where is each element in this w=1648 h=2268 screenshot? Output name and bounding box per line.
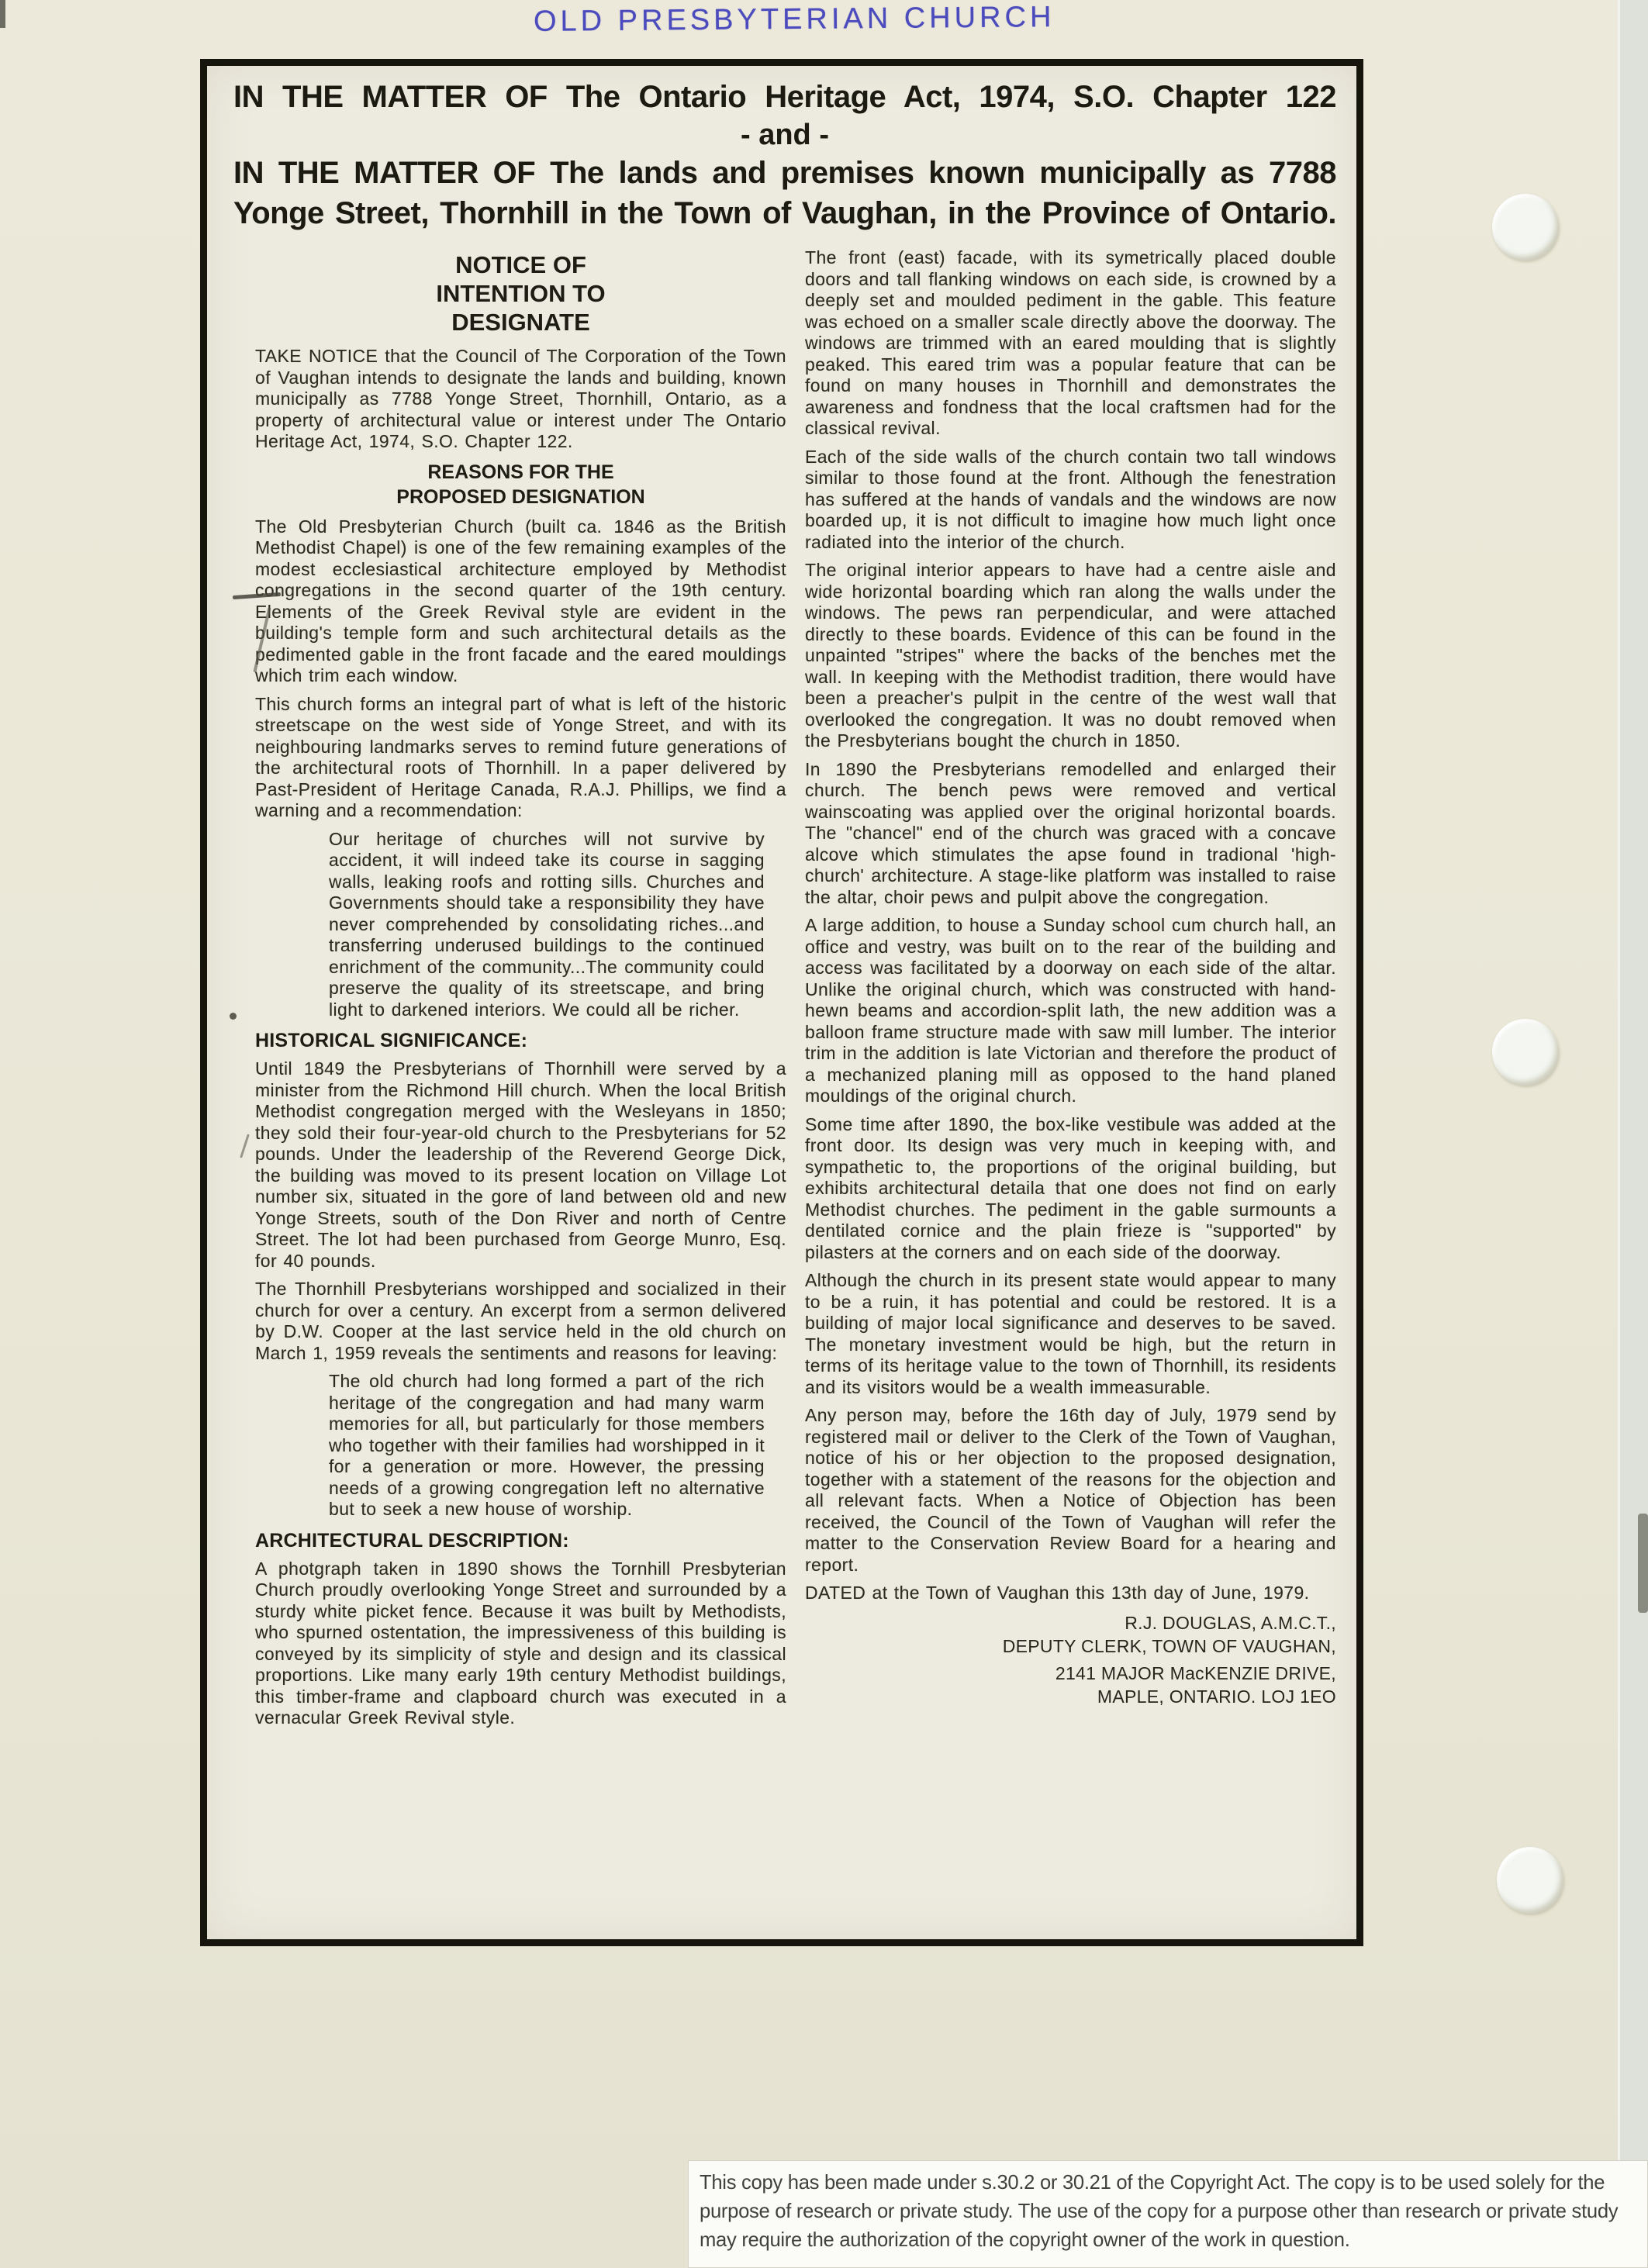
paragraph-dated: DATED at the Town of Vaughan this 13th d… [805,1583,1336,1604]
copyright-stamp-text: This copy has been made under s.30.2 or … [700,2168,1622,2254]
paragraph-until-1849: Until 1849 the Presbyterians of Thornhil… [255,1058,786,1272]
punch-hole-bottom [1497,1847,1563,1914]
header-and-separator: - and - [233,117,1336,153]
punch-hole-middle [1492,1019,1559,1086]
heading-notice-of-intention: NOTICE OF INTENTION TO DESIGNATE [255,250,786,337]
paragraph-objection-procedure: Any person may, before the 16th day of J… [805,1405,1336,1576]
handwritten-title: OLD PRESBYTERIAN CHURCH [534,1,1055,39]
paragraph-photograph-1890: A photgraph taken in 1890 shows the Torn… [255,1559,786,1729]
signature-address-line-1: 2141 MAJOR MacKENZIE DRIVE, [805,1662,1336,1685]
scan-edge-smudge [1638,1514,1648,1613]
header-matter-2-line-2: Yonge Street, Thornhill in the Town of V… [233,193,1336,233]
signature-address-line-2: MAPLE, ONTARIO. LOJ 1EO [805,1685,1336,1708]
scan-edge-strip [1618,0,1648,2268]
blockquote-heritage-warning: Our heritage of churches will not surviv… [329,829,765,1021]
paragraph-present-state: Although the church in its present state… [805,1270,1336,1398]
heading-architectural-description: ARCHITECTURAL DESCRIPTION: [255,1529,786,1552]
header-matter-1: IN THE MATTER OF The Ontario Heritage Ac… [233,77,1336,117]
pencil-mark-dot [230,1013,237,1020]
scan-corner-artifact [0,0,5,28]
signature-title: DEPUTY CLERK, TOWN OF VAUGHAN, [805,1635,1336,1658]
right-column: The front (east) facade, with its symetr… [805,247,1336,1736]
paragraph-large-addition: A large addition, to house a Sunday scho… [805,915,1336,1107]
notice-header: IN THE MATTER OF The Ontario Heritage Ac… [233,77,1336,233]
paragraph-vestibule: Some time after 1890, the box-like vesti… [805,1114,1336,1264]
punch-hole-top [1492,194,1559,261]
paragraph-front-facade: The front (east) facade, with its symetr… [805,247,1336,440]
paragraph-take-notice: TAKE NOTICE that the Council of The Corp… [255,346,786,453]
notice-columns: NOTICE OF INTENTION TO DESIGNATE TAKE NO… [233,247,1336,1736]
paragraph-old-church: The Old Presbyterian Church (built ca. 1… [255,516,786,687]
notice-document: IN THE MATTER OF The Ontario Heritage Ac… [200,59,1363,1946]
signature-block: R.J. DOUGLAS, A.M.C.T., DEPUTY CLERK, TO… [805,1611,1336,1708]
left-column: NOTICE OF INTENTION TO DESIGNATE TAKE NO… [255,247,786,1736]
copyright-stamp: This copy has been made under s.30.2 or … [688,2160,1648,2268]
header-matter-2-line-1: IN THE MATTER OF The lands and premises … [233,153,1336,193]
paragraph-thornhill-presbyterians: The Thornhill Presbyterians worshipped a… [255,1279,786,1364]
paragraph-side-walls: Each of the side walls of the church con… [805,447,1336,554]
heading-reasons: REASONS FOR THE PROPOSED DESIGNATION [255,460,786,509]
scanned-page: OLD PRESBYTERIAN CHURCH IN THE MATTER OF… [0,0,1648,2268]
heading-historical-significance: HISTORICAL SIGNIFICANCE: [255,1029,786,1052]
paragraph-this-church: This church forms an integral part of wh… [255,694,786,822]
signature-name: R.J. DOUGLAS, A.M.C.T., [805,1611,1336,1635]
paragraph-1890-remodel: In 1890 the Presbyterians remodelled and… [805,759,1336,909]
blockquote-sermon-excerpt: The old church had long formed a part of… [329,1371,765,1521]
paragraph-original-interior: The original interior appears to have ha… [805,560,1336,752]
